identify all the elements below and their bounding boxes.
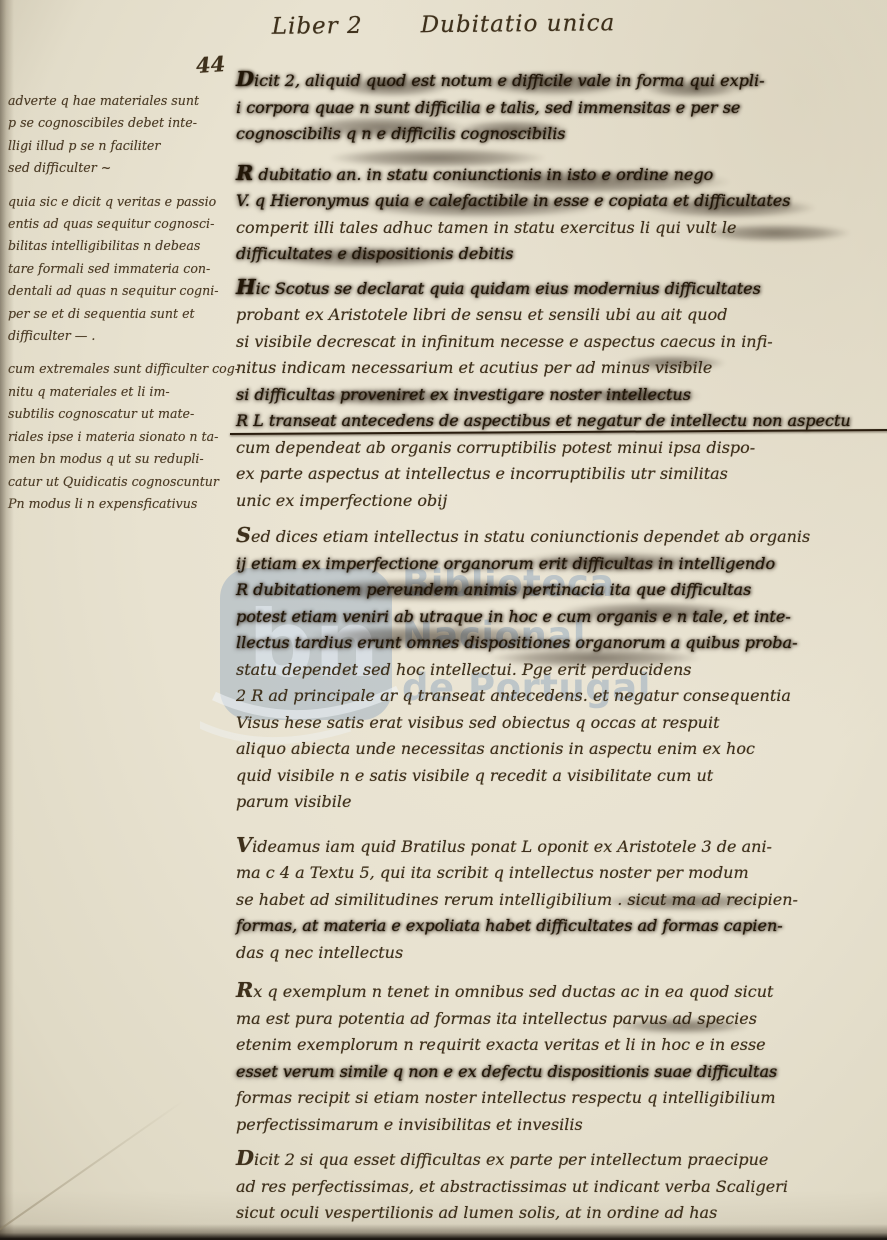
manuscript-text-line: 2 R ad principale ar q transeat antecede…: [236, 683, 884, 710]
manuscript-text-line: quid visibile n e satis visibile q reced…: [236, 763, 884, 790]
manuscript-text-line: R dubitatio an. in statu coniunctionis i…: [236, 160, 884, 189]
manuscript-text-line: esset verum simile q non e ex defectu di…: [236, 1059, 884, 1086]
margin-note-line: cum extremales sunt difficulter cog-: [8, 358, 234, 380]
manuscript-text-line: Rx q exemplum n tenet in omnibus sed duc…: [236, 977, 884, 1006]
manuscript-paragraph: Rx q exemplum n tenet in omnibus sed duc…: [236, 977, 884, 1138]
margin-note-line: subtilis cognoscatur ut mate-: [8, 403, 234, 425]
margin-note-line: lligi illud p se n faciliter: [8, 135, 234, 157]
manuscript-text-line: ad res perfectissimas, et abstractissima…: [236, 1174, 884, 1201]
manuscript-text-line: unic ex imperfectione obij: [236, 488, 884, 515]
margin-note-block: adverte q hae materiales suntp se cognos…: [8, 90, 234, 180]
margin-note-line: tare formali sed immateria con-: [8, 258, 234, 280]
margin-note-line: quia sic e dicit q veritas e passio: [8, 191, 234, 213]
page-header: Liber 2Dubitatio unica: [0, 7, 887, 42]
manuscript-text-line: llectus tardius erunt omnes dispositione…: [236, 630, 884, 657]
margin-note-line: sed difficulter ~: [8, 157, 234, 179]
manuscript-text-line: R dubitationem pereundem animis pertinac…: [236, 577, 884, 604]
manuscript-paragraph: R dubitatio an. in statu coniunctionis i…: [236, 160, 884, 268]
manuscript-text-line: sicut oculi vespertilionis ad lumen soli…: [236, 1200, 884, 1227]
manuscript-text-line: formas recipit si etiam noster intellect…: [236, 1085, 884, 1112]
margin-note-line: Pn modus li n expensficativus: [8, 493, 234, 515]
manuscript-text-line: Dicit 2 si qua esset difficultas ex part…: [236, 1145, 884, 1174]
margin-note-line: bilitas intelligibilitas n debeas: [8, 235, 234, 257]
manuscript-text-line: das q nec intellectus: [236, 940, 884, 967]
manuscript-text-line: Dicit 2, aliquid quod est notum e diffic…: [236, 66, 884, 95]
paper-crease: [0, 1099, 185, 1238]
margin-note-line: per se et di sequentia sunt et: [8, 303, 234, 325]
manuscript-text-line: cognoscibilis q n e difficilis cognoscib…: [236, 121, 884, 148]
manuscript-text-line: si visibile decrescat in infinitum neces…: [236, 329, 884, 356]
margin-note-line: nitu q materiales et li im-: [8, 381, 234, 403]
manuscript-text-line: aliquo abiecta unde necessitas anctionis…: [236, 736, 884, 763]
margin-note-line: dentali ad quas n sequitur cogni-: [8, 280, 234, 302]
manuscript-text-line: Sed dices etiam intellectus in statu con…: [236, 522, 884, 551]
manuscript-text-line: nitus indicam necessarium et acutius per…: [236, 355, 884, 382]
margin-note-line: adverte q hae materiales sunt: [8, 90, 234, 112]
manuscript-page: bn BibliotecaNacionalde Portugal Liber 2…: [0, 0, 887, 1240]
margin-note-line: entis ad quas sequitur cognosci-: [8, 213, 234, 235]
manuscript-text-line: Hic Scotus se declarat quia quidam eius …: [236, 274, 884, 303]
margin-note-line: p se cognoscibiles debet inte-: [8, 112, 234, 134]
header-dubitatio: Dubitatio unica: [421, 10, 616, 38]
manuscript-text-line: perfectissimarum e invisibilitas et inve…: [236, 1112, 884, 1139]
margin-note-line: catur ut Quidicatis cognoscuntur: [8, 471, 234, 493]
margin-note-block: cum extremales sunt difficulter cog-nitu…: [8, 358, 234, 515]
manuscript-text-line: Videamus iam quid Bratilus ponat L oponi…: [236, 832, 884, 861]
margin-notes-column: adverte q hae materiales suntp se cognos…: [8, 90, 234, 526]
margin-note-line: difficulter — .: [8, 325, 234, 347]
binding-edge: [0, 0, 14, 1240]
page-bottom-edge: [0, 1224, 887, 1240]
manuscript-text-line: parum visibile: [236, 789, 884, 816]
main-text-column: Dicit 2, aliquid quod est notum e diffic…: [236, 66, 884, 1236]
manuscript-text-line: comperit illi tales adhuc tamen in statu…: [236, 215, 884, 242]
manuscript-text-line: ex parte aspectus at intellectus e incor…: [236, 461, 884, 488]
margin-note-block: quia sic e dicit q veritas e passioentis…: [8, 191, 234, 348]
manuscript-text-line: R L transeat antecedens de aspectibus et…: [236, 408, 884, 435]
manuscript-text-line: formas, at materia e expoliata habet dif…: [236, 913, 884, 940]
manuscript-text-line: V. q Hieronymus quia e calefactibile in …: [236, 188, 884, 215]
manuscript-text-line: probant ex Aristotele libri de sensu et …: [236, 302, 884, 329]
folio-number: 44: [195, 51, 226, 78]
manuscript-paragraph: Dicit 2, aliquid quod est notum e diffic…: [236, 66, 884, 148]
manuscript-paragraph: Sed dices etiam intellectus in statu con…: [236, 522, 884, 816]
manuscript-text-line: i corpora quae n sunt difficilia e talis…: [236, 95, 884, 122]
manuscript-text-line: statu dependet sed hoc intellectui. Pge …: [236, 657, 884, 684]
manuscript-text-line: si difficultas proveniret ex investigare…: [236, 382, 884, 409]
manuscript-text-line: Visus hese satis erat visibus sed obiect…: [236, 710, 884, 737]
header-liber: Liber 2: [272, 13, 363, 40]
manuscript-text-line: cum dependeat ab organis corruptibilis p…: [236, 435, 884, 462]
manuscript-text-line: etenim exemplorum n requirit exacta veri…: [236, 1032, 884, 1059]
manuscript-text-line: ma est pura potentia ad formas ita intel…: [236, 1006, 884, 1033]
manuscript-text-line: potest etiam veniri ab utraque in hoc e …: [236, 604, 884, 631]
manuscript-text-line: ma c 4 a Textu 5, qui ita scribit q inte…: [236, 860, 884, 887]
manuscript-text-line: ij etiam ex imperfectione organorum erit…: [236, 551, 884, 578]
manuscript-text-line: difficultates e dispositionis debitis: [236, 241, 884, 268]
manuscript-paragraph: Videamus iam quid Bratilus ponat L oponi…: [236, 832, 884, 967]
margin-note-line: men bn modus q ut su redupli-: [8, 448, 234, 470]
manuscript-paragraph: Dicit 2 si qua esset difficultas ex part…: [236, 1145, 884, 1227]
margin-note-line: riales ipse i materia sionato n ta-: [8, 426, 234, 448]
manuscript-paragraph: Hic Scotus se declarat quia quidam eius …: [236, 274, 884, 515]
manuscript-text-line: se habet ad similitudines rerum intellig…: [236, 887, 884, 914]
